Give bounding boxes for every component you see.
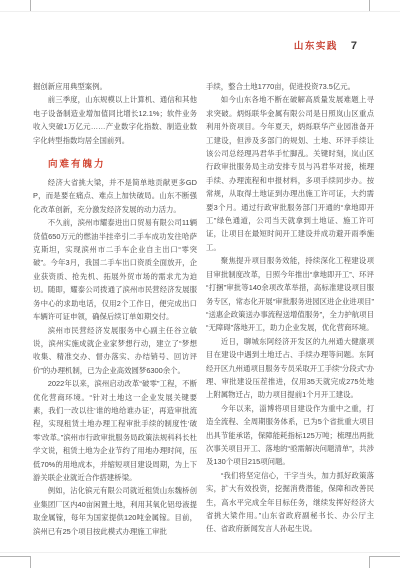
magazine-page: 山东实践 7 掘创新应用典型案例。 前三季度，山东规模以上计算机、通信和其他电子… xyxy=(0,0,400,571)
page-number: 7 xyxy=(351,40,357,52)
paragraph-liaocheng-project: 近日，聊城东阿经济开发区的九州通大健康项目在建设中遇到土地迁占、手续办理等问题。… xyxy=(206,335,374,402)
page-header: 山东实践 7 xyxy=(294,38,357,52)
left-column: 掘创新应用典型案例。 前三季度，山东规模以上计算机、通信和其他电子设备制造业增加… xyxy=(33,80,197,555)
paragraph-approval-reform: 聚焦提升项目服务效能，持续深化工程建设项目审批制度改革，日照今年推出“拿地即开工… xyxy=(206,254,374,334)
paragraph-gallium-example: 例如，沾化镔元有限公司就近租赁山东魏桥创业集团厂区内40亩闲置土地，利用其氧化铝… xyxy=(33,484,197,538)
paragraph-zibo-service: 今年以来，淄博将项目建设作为重中之重，打造全流程、全周期服务体系，已为5个省批重… xyxy=(206,402,374,469)
trim-line-top xyxy=(0,11,400,12)
paragraph-industry-stats: 前三季度，山东规模以上计算机、通信和其他电子设备制造业增加值同比增长12.1%；… xyxy=(33,93,197,147)
crop-mark-bottom-right xyxy=(369,556,400,568)
paragraph-continuation: 手续，整合土地1770亩，促进投资73.5亿元。 xyxy=(206,80,374,93)
paragraph-continuation: 掘创新应用典型案例。 xyxy=(33,80,197,93)
paragraph-dream-mechanism: 滨州市民营经济发展服务中心副主任谷立敏说，滨州实施成就企业家梦想行动，建立了“梦… xyxy=(33,324,197,378)
paragraph-rizhao-project: 如今山东各地不断在破解高质量发展难题上寻求突破。炳烁联华金属有限公司是日照岚山区… xyxy=(206,93,374,254)
crop-mark-bottom-left xyxy=(0,556,31,568)
paragraph-official-quote: “我们将坚定信心，干字当头，加力抓好政策落实，扩大有效投资，挖掘消费潜能，保障和… xyxy=(206,469,374,536)
section-heading: 向难有魄力 xyxy=(33,156,197,170)
paragraph-economy: 经济大省挑大梁，并不是简单地贡献更多GDP，而是要在痛点、难点上加快破局。山东不… xyxy=(33,176,197,216)
right-column: 手续，整合土地1770亩，促进投资73.5亿元。 如今山东各地不断在破解高质量发… xyxy=(206,80,374,555)
section-label: 山东实践 xyxy=(294,38,338,52)
paragraph-binzhou-export: 不久前，滨州市耀泰进出口贸易有限公司11辆货值650万元的燃油半挂牵引二手车成功… xyxy=(33,216,197,323)
article-body: 掘创新应用典型案例。 前三季度，山东规模以上计算机、通信和其他电子设备制造业增加… xyxy=(33,80,374,555)
paragraph-pozero-reform: 2022年以来，滨州启动改革“破零”工程，不断优化营商环境。“针对土地这一企业发… xyxy=(33,377,197,484)
